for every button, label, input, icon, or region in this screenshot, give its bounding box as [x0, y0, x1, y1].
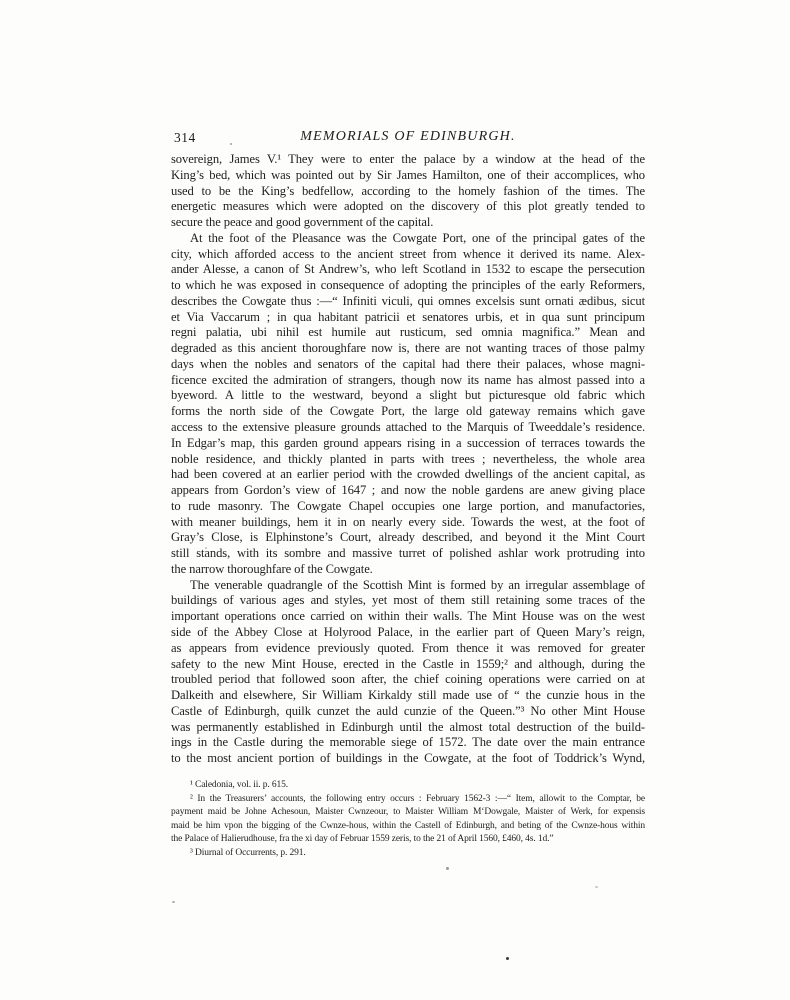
- body-text: sovereign, James V.¹ They were to enter …: [171, 152, 645, 767]
- text-line: ficence excited the admiration of strang…: [171, 373, 645, 389]
- footnote-line: payment maid be Johne Achesoun, Maister …: [171, 806, 645, 820]
- text-line: ings in the Castle during the memorable …: [171, 735, 645, 751]
- text-line: to rude masonry. The Cowgate Chapel occu…: [171, 499, 645, 515]
- footnote-line: the Palace of Halierudhouse, fra the xi …: [171, 833, 645, 847]
- text-line: Dalkeith and elsewhere, Sir William Kirk…: [171, 688, 645, 704]
- scan-speck: [172, 901, 175, 903]
- text-line: safety to the new Mint House, erected in…: [171, 657, 645, 673]
- text-line: troubled period that followed soon after…: [171, 672, 645, 688]
- text-line: important operations once carried on wit…: [171, 609, 645, 625]
- text-line: with meaner buildings, hem it in on near…: [171, 515, 645, 531]
- scan-speck: [506, 957, 509, 960]
- footnote-line: ¹ Caledonia, vol. ii. p. 615.: [171, 779, 645, 793]
- footnote-line: ² In the Treasurers’ accounts, the follo…: [171, 793, 645, 807]
- text-line: energetic measures which were adopted on…: [171, 199, 645, 215]
- text-line: Castle of Edinburgh, quilk cunzet the au…: [171, 704, 645, 720]
- text-line: used to be the King’s bedfellow, accordi…: [171, 184, 645, 200]
- footnote-line: ³ Diurnal of Occurrents, p. 291.: [171, 847, 645, 861]
- page-header: 314 MEMORIALS OF EDINBURGH.: [171, 129, 645, 149]
- text-line: buildings of various ages and styles, ye…: [171, 593, 645, 609]
- text-line: ander Alesse, a canon of St Andrew’s, wh…: [171, 262, 645, 278]
- text-line: In Edgar’s map, this garden ground appea…: [171, 436, 645, 452]
- text-line: still stands, with its sombre and massiv…: [171, 546, 645, 562]
- text-line: The venerable quadrangle of the Scottish…: [171, 578, 645, 594]
- text-line: forms the north side of the Cowgate Port…: [171, 404, 645, 420]
- scan-speck: [446, 867, 449, 870]
- scan-speck: [595, 886, 598, 888]
- text-line: days when the nobles and senators of the…: [171, 357, 645, 373]
- text-line: was permanently established in Edinburgh…: [171, 720, 645, 736]
- page-number: 314: [174, 130, 196, 146]
- text-line: to the most ancient portion of buildings…: [171, 751, 645, 767]
- text-line: side of the Abbey Close at Holyrood Pala…: [171, 625, 645, 641]
- text-line: byeword. A little to the westward, beyon…: [171, 388, 645, 404]
- text-line: to which he was exposed in consequence o…: [171, 278, 645, 294]
- footnote-line: maid be him vpon the bigging of the Cwnz…: [171, 820, 645, 834]
- text-line: noble residence, and thickly planted in …: [171, 452, 645, 468]
- text-line: describes the Cowgate thus :—“ Infiniti …: [171, 294, 645, 310]
- text-line: as appears from evidence previously quot…: [171, 641, 645, 657]
- scan-speck: [230, 143, 232, 145]
- running-title: MEMORIALS OF EDINBURGH.: [171, 129, 645, 145]
- text-line: appears from Gordon’s view of 1647 ; and…: [171, 483, 645, 499]
- text-line: degraded as this ancient thoroughfare no…: [171, 341, 645, 357]
- book-page: 314 MEMORIALS OF EDINBURGH. sovereign, J…: [0, 0, 790, 1000]
- text-line: sovereign, James V.¹ They were to enter …: [171, 152, 645, 168]
- text-line: the narrow thoroughfare of the Cowgate.: [171, 562, 645, 578]
- text-line: access to the extensive pleasure grounds…: [171, 420, 645, 436]
- text-line: regni palatia, ubi nihil est humile aut …: [171, 325, 645, 341]
- scan-speck: [205, 547, 207, 549]
- text-line: Gray’s Close, is Elphinstone’s Court, al…: [171, 530, 645, 546]
- footnotes: ¹ Caledonia, vol. ii. p. 615. ² In the T…: [171, 779, 645, 860]
- text-line: had been covered at an earlier period wi…: [171, 467, 645, 483]
- text-line: et Via Vaccarum ; in qua habitant patric…: [171, 310, 645, 326]
- text-line: King’s bed, which was pointed out by Sir…: [171, 168, 645, 184]
- text-line: city, which afforded access to the ancie…: [171, 247, 645, 263]
- text-line: secure the peace and good government of …: [171, 215, 645, 231]
- text-line: At the foot of the Pleasance was the Cow…: [171, 231, 645, 247]
